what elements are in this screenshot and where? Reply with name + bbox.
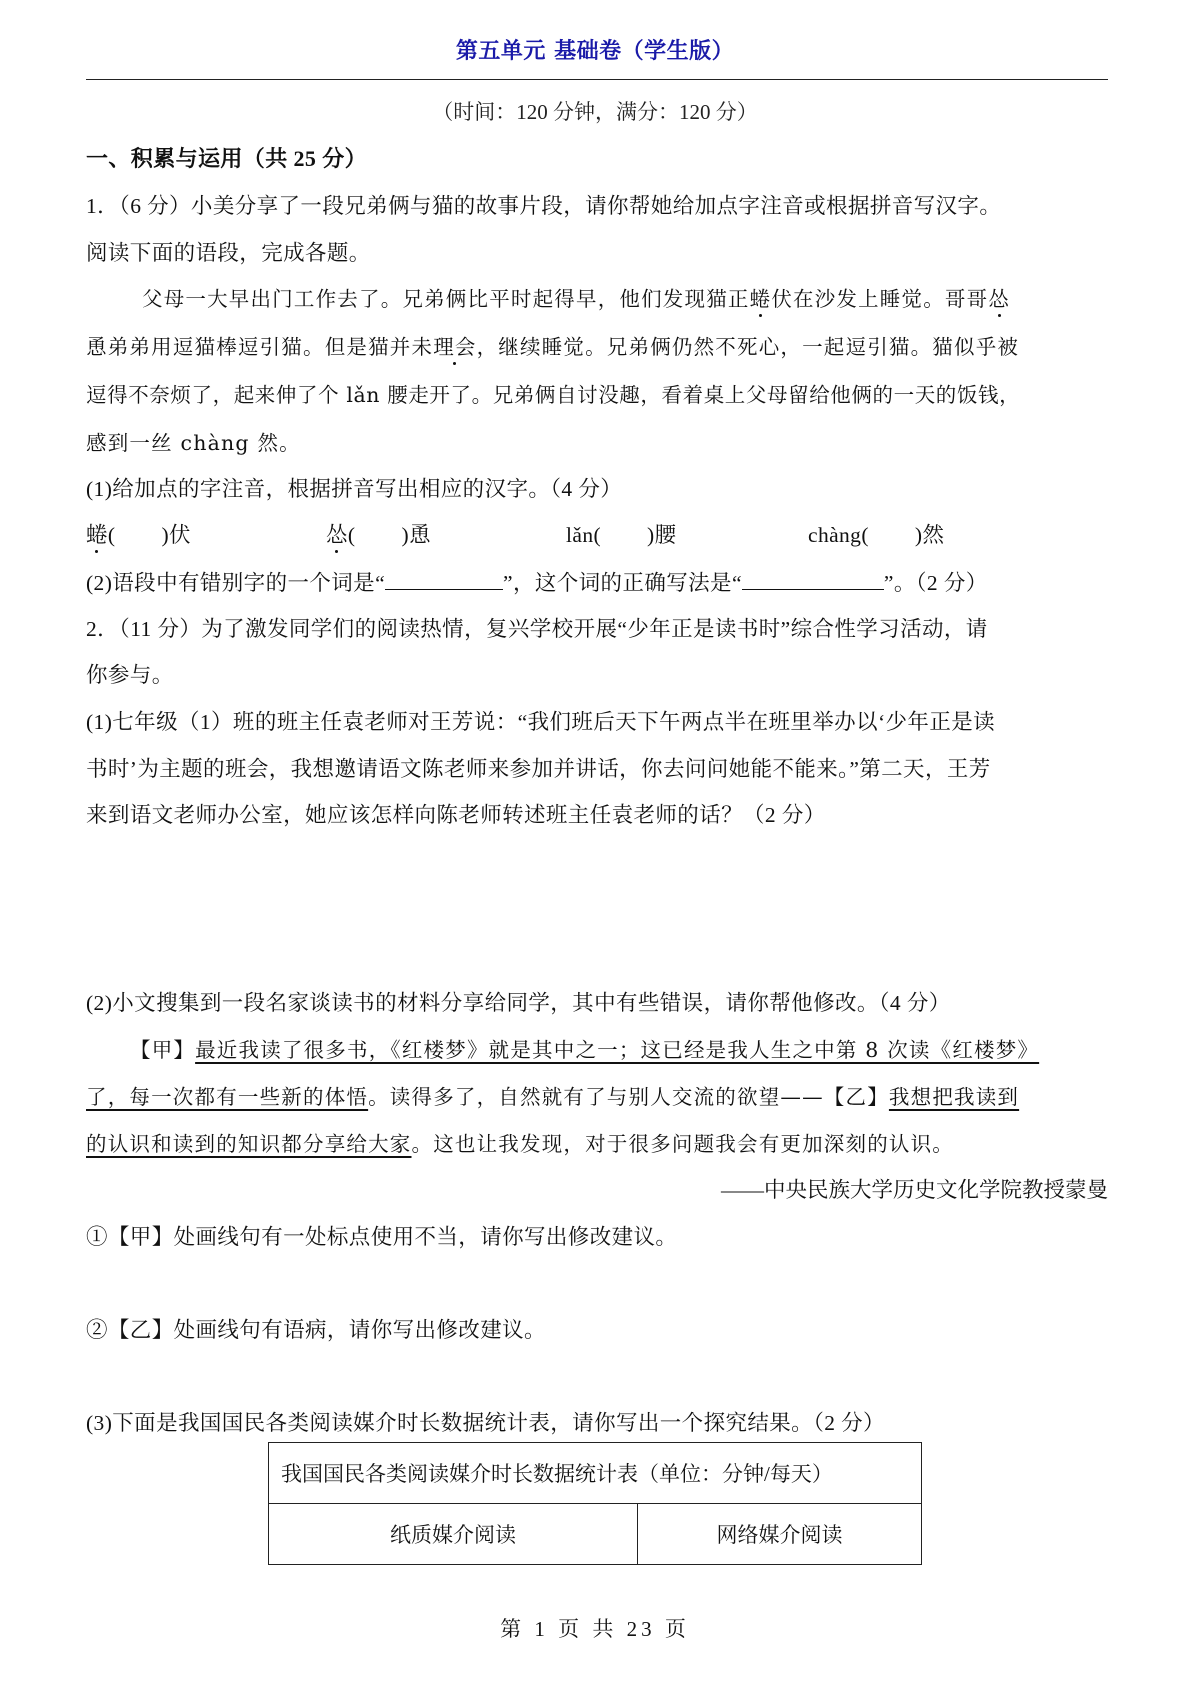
passage-text: ，继续睡觉。兄弟俩仍然不死心，一起逗引猫。猫似乎被 bbox=[477, 335, 1020, 359]
paren-open: ( bbox=[108, 523, 116, 547]
passage-text: 伏在沙发上睡觉。哥哥 bbox=[771, 287, 988, 311]
item-pre: 怂 bbox=[326, 523, 348, 547]
passage-line-2: 恿弟弟用逗猫棒逗引猫。但是猫并未理会，继续睡觉。兄弟俩仍然不死心，一起逗引猫。猫… bbox=[86, 330, 1019, 360]
dotted-char: 蜷 bbox=[750, 287, 772, 311]
q2-sub2-question-b: ②【乙】处画线句有语病，请你写出修改建议。 bbox=[86, 1313, 546, 1344]
item-pre: 蜷 bbox=[86, 523, 108, 547]
item-post: 伏 bbox=[169, 523, 191, 547]
page-number: 第 1 页 共 23 页 bbox=[0, 1613, 1190, 1643]
paren-open: ( bbox=[348, 523, 356, 547]
q1-stem-line2: 阅读下面的语段，完成各题。 bbox=[86, 236, 371, 267]
table-header-online: 网络媒介阅读 bbox=[638, 1504, 922, 1565]
item-pre: lǎn bbox=[566, 523, 593, 547]
underlined-sentence-yi: 的认识和读到的知识都分享给大家 bbox=[86, 1132, 412, 1156]
paren-close: ) bbox=[401, 523, 409, 547]
paren-close: ) bbox=[161, 523, 169, 547]
answer-area-a[interactable] bbox=[86, 1256, 1108, 1308]
underlined-sentence-yi: 我想把我读到 bbox=[889, 1085, 1019, 1109]
q2-sub2-question-a: ①【甲】处画线句有一处标点使用不当，请你写出修改建议。 bbox=[86, 1220, 677, 1251]
q1-sub2-text: (2)语段中有错别字的一个词是“ bbox=[86, 571, 385, 595]
passage-text: 父母一大早出门工作去了。兄弟俩比平时起得早，他们发现猫正 bbox=[142, 287, 750, 311]
q2-sub3-prompt: (3)下面是我国国民各类阅读媒介时长数据统计表，请你写出一个探究结果。（2 分） bbox=[86, 1406, 885, 1437]
item-post: 恿 bbox=[409, 523, 431, 547]
tag-jia: 【甲】 bbox=[130, 1038, 195, 1062]
item-pre: chàng bbox=[808, 523, 861, 547]
answer-blank-1[interactable] bbox=[385, 571, 503, 590]
q2-stem: 2．（11 分）为了激发同学们的阅读热情，复兴学校开展“少年正是读书时”综合性学… bbox=[86, 612, 988, 643]
paren-close: ) bbox=[647, 523, 655, 547]
section-heading: 一、积累与运用（共 25 分） bbox=[86, 142, 367, 173]
q1-sub1-prompt: (1)给加点的字注音，根据拼音写出相应的汉字。（4 分） bbox=[86, 472, 622, 503]
answer-blank-2[interactable] bbox=[742, 571, 884, 590]
q1-sub2: (2)语段中有错别字的一个词是“”，这个词的正确写法是“”。（2 分） bbox=[86, 566, 988, 597]
paren-open: ( bbox=[861, 523, 869, 547]
answer-area-b[interactable] bbox=[86, 1350, 1108, 1394]
q2-sub1-line3: 来到语文老师办公室，她应该怎样向陈老师转述班主任袁老师的话？（2 分） bbox=[86, 798, 826, 829]
q2-sub2-prompt: (2)小文搜集到一段名家谈读书的材料分享给同学，其中有些错误，请你帮他修改。（4… bbox=[86, 986, 951, 1017]
pinyin-item-1: 蜷()伏 bbox=[86, 518, 191, 549]
passage-line-1: 父母一大早出门工作去了。兄弟俩比平时起得早，他们发现猫正蜷伏在沙发上睡觉。哥哥怂 bbox=[142, 282, 1010, 312]
item-post: 然 bbox=[922, 523, 944, 547]
q2-sub1-line1: (1)七年级（1）班的班主任袁老师对王芳说：“我们班后天下午两点半在班里举办以‘… bbox=[86, 705, 995, 736]
dotted-char: 理会 bbox=[433, 335, 476, 359]
underlined-sentence-jia: 最近我读了很多书，《红楼梦》就是其中之一；这已经是我人生之中第 8 次读《红楼梦… bbox=[195, 1038, 1039, 1062]
underlined-sentence-jia: 了，每一次都有一些新的体悟 bbox=[86, 1085, 368, 1109]
exam-time-info: （时间：120 分钟，满分：120 分） bbox=[0, 96, 1190, 126]
item-post: 腰 bbox=[655, 523, 677, 547]
reading-media-table: 我国国民各类阅读媒介时长数据统计表（单位：分钟/每天） 纸质媒介阅读 网络媒介阅… bbox=[268, 1442, 922, 1565]
q1-sub2-text: ”，这个词的正确写法是“ bbox=[503, 571, 742, 595]
passage-line-3: 逗得不奈烦了，起来伸了个 lǎn 腰走开了。兄弟俩自讨没趣，看着桌上父母留给他俩… bbox=[86, 378, 1020, 408]
passage-line-4: 感到一丝 chàng 然。 bbox=[86, 426, 301, 456]
pinyin-item-2: 怂()恿 bbox=[326, 518, 431, 549]
q2-sub1-line2: 书时’为主题的班会，我想邀请语文陈老师来参加并讲话，你去问问她能不能来。”第二天… bbox=[86, 752, 991, 783]
material-source: ——中央民族大学历史文化学院教授蒙曼 bbox=[721, 1173, 1108, 1204]
q1-sub2-text: ”。（2 分） bbox=[884, 571, 988, 595]
pinyin-item-4: chàng()然 bbox=[808, 518, 944, 549]
q2-stem-line2: 你参与。 bbox=[86, 658, 174, 689]
dotted-char: 怂 bbox=[988, 287, 1010, 311]
answer-area-q2-1[interactable] bbox=[86, 840, 1108, 980]
document-title: 第五单元 基础卷（学生版） bbox=[0, 34, 1190, 65]
paren-open: ( bbox=[593, 523, 601, 547]
material-line-3: 的认识和读到的知识都分享给大家。这也让我发现，对于很多问题我会有更加深刻的认识。 bbox=[86, 1127, 954, 1157]
passage-text: 恿弟弟用逗猫棒逗引猫。但是猫并未 bbox=[86, 335, 433, 359]
q1-stem: 1．（6 分）小美分享了一段兄弟俩与猫的故事片段，请你帮她给加点字注音或根据拼音… bbox=[86, 189, 1001, 220]
material-line-2: 了，每一次都有一些新的体悟。读得多了，自然就有了与别人交流的欲望——【乙】我想把… bbox=[86, 1080, 1019, 1110]
header-divider bbox=[86, 79, 1108, 80]
table-caption: 我国国民各类阅读媒介时长数据统计表（单位：分钟/每天） bbox=[269, 1443, 922, 1504]
material-text: 。这也让我发现，对于很多问题我会有更加深刻的认识。 bbox=[412, 1132, 955, 1156]
material-line-1: 【甲】最近我读了很多书，《红楼梦》就是其中之一；这已经是我人生之中第 8 次读《… bbox=[130, 1033, 1039, 1063]
material-text: 。读得多了，自然就有了与别人交流的欲望——【乙】 bbox=[368, 1085, 889, 1109]
table-header-paper: 纸质媒介阅读 bbox=[269, 1504, 638, 1565]
pinyin-item-3: lǎn()腰 bbox=[566, 518, 677, 549]
